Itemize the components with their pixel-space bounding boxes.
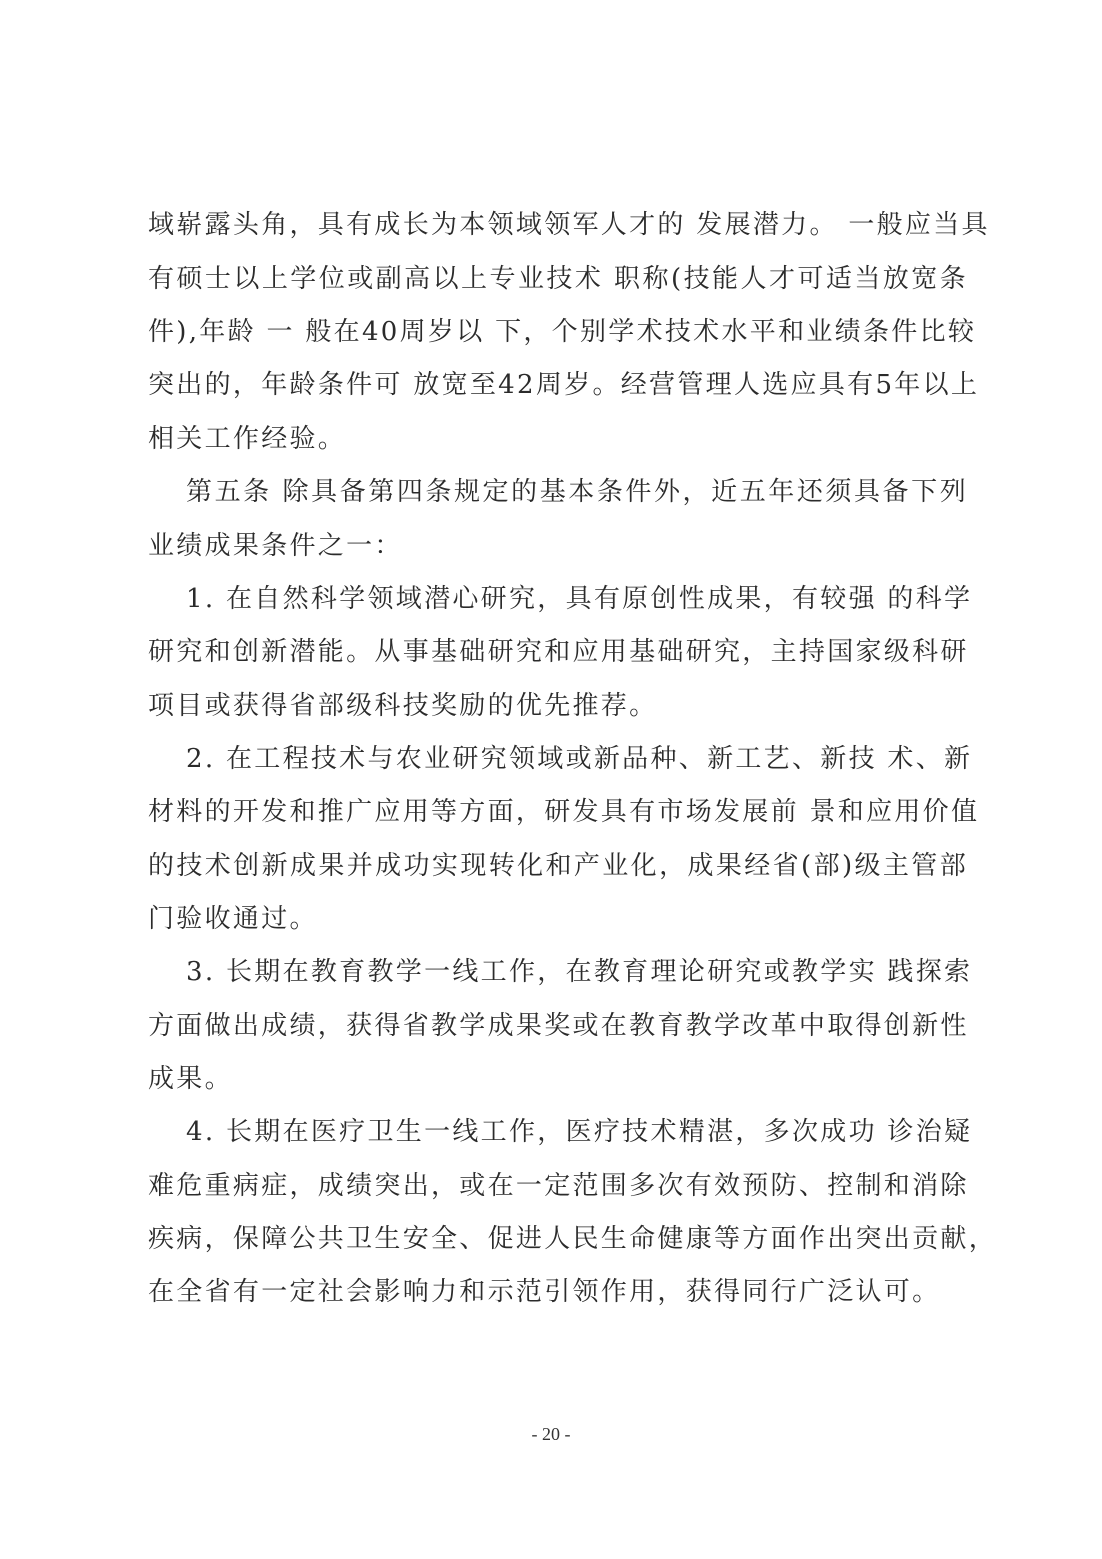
- text-line: 门验收通过。: [148, 904, 968, 934]
- text-line: 件),年龄 一 般在40周岁以 下，个别学术技术水平和业绩条件比较: [148, 317, 968, 347]
- text-line: 相关工作经验。: [148, 424, 968, 454]
- text-line: 3. 长期在教育教学一线工作，在教育理论研究或教学实 践探索: [186, 957, 968, 987]
- text-line: 成果。: [148, 1064, 968, 1094]
- text-line: 有硕士以上学位或副高以上专业技术 职称(技能人才可适当放宽条: [148, 264, 968, 294]
- text-line: 第五条 除具备第四条规定的基本条件外，近五年还须具备下列: [186, 477, 968, 507]
- text-line: 难危重病症，成绩突出，或在一定范围多次有效预防、控制和消除: [148, 1171, 968, 1201]
- text-line: 1. 在自然科学领域潜心研究，具有原创性成果，有较强 的科学: [186, 584, 968, 614]
- page-number: - 20 -: [0, 1424, 1102, 1445]
- text-line: 域崭露头角，具有成长为本领域领军人才的 发展潜力。 一般应当具: [148, 210, 968, 240]
- text-line: 疾病，保障公共卫生安全、促进人民生命健康等方面作出突出贡献，: [148, 1224, 968, 1254]
- text-line: 的技术创新成果并成功实现转化和产业化，成果经省(部)级主管部: [148, 851, 968, 881]
- text-line: 材料的开发和推广应用等方面，研发具有市场发展前 景和应用价值: [148, 797, 968, 827]
- text-line: 业绩成果条件之一：: [148, 531, 968, 561]
- text-line: 2. 在工程技术与农业研究领域或新品种、新工艺、新技 术、新: [186, 744, 968, 774]
- text-line: 在全省有一定社会影响力和示范引领作用，获得同行广泛认可。: [148, 1277, 968, 1307]
- text-line: 4. 长期在医疗卫生一线工作，医疗技术精湛，多次成功 诊治疑: [186, 1117, 968, 1147]
- text-line: 突出的，年龄条件可 放宽至42周岁。经营管理人选应具有5年以上: [148, 370, 968, 400]
- document-page: 域崭露头角，具有成长为本领域领军人才的 发展潜力。 一般应当具有硕士以上学位或副…: [0, 0, 1102, 1559]
- text-line: 研究和创新潜能。从事基础研究和应用基础研究，主持国家级科研: [148, 637, 968, 667]
- text-line: 方面做出成绩，获得省教学成果奖或在教育教学改革中取得创新性: [148, 1011, 968, 1041]
- text-line: 项目或获得省部级科技奖励的优先推荐。: [148, 691, 968, 721]
